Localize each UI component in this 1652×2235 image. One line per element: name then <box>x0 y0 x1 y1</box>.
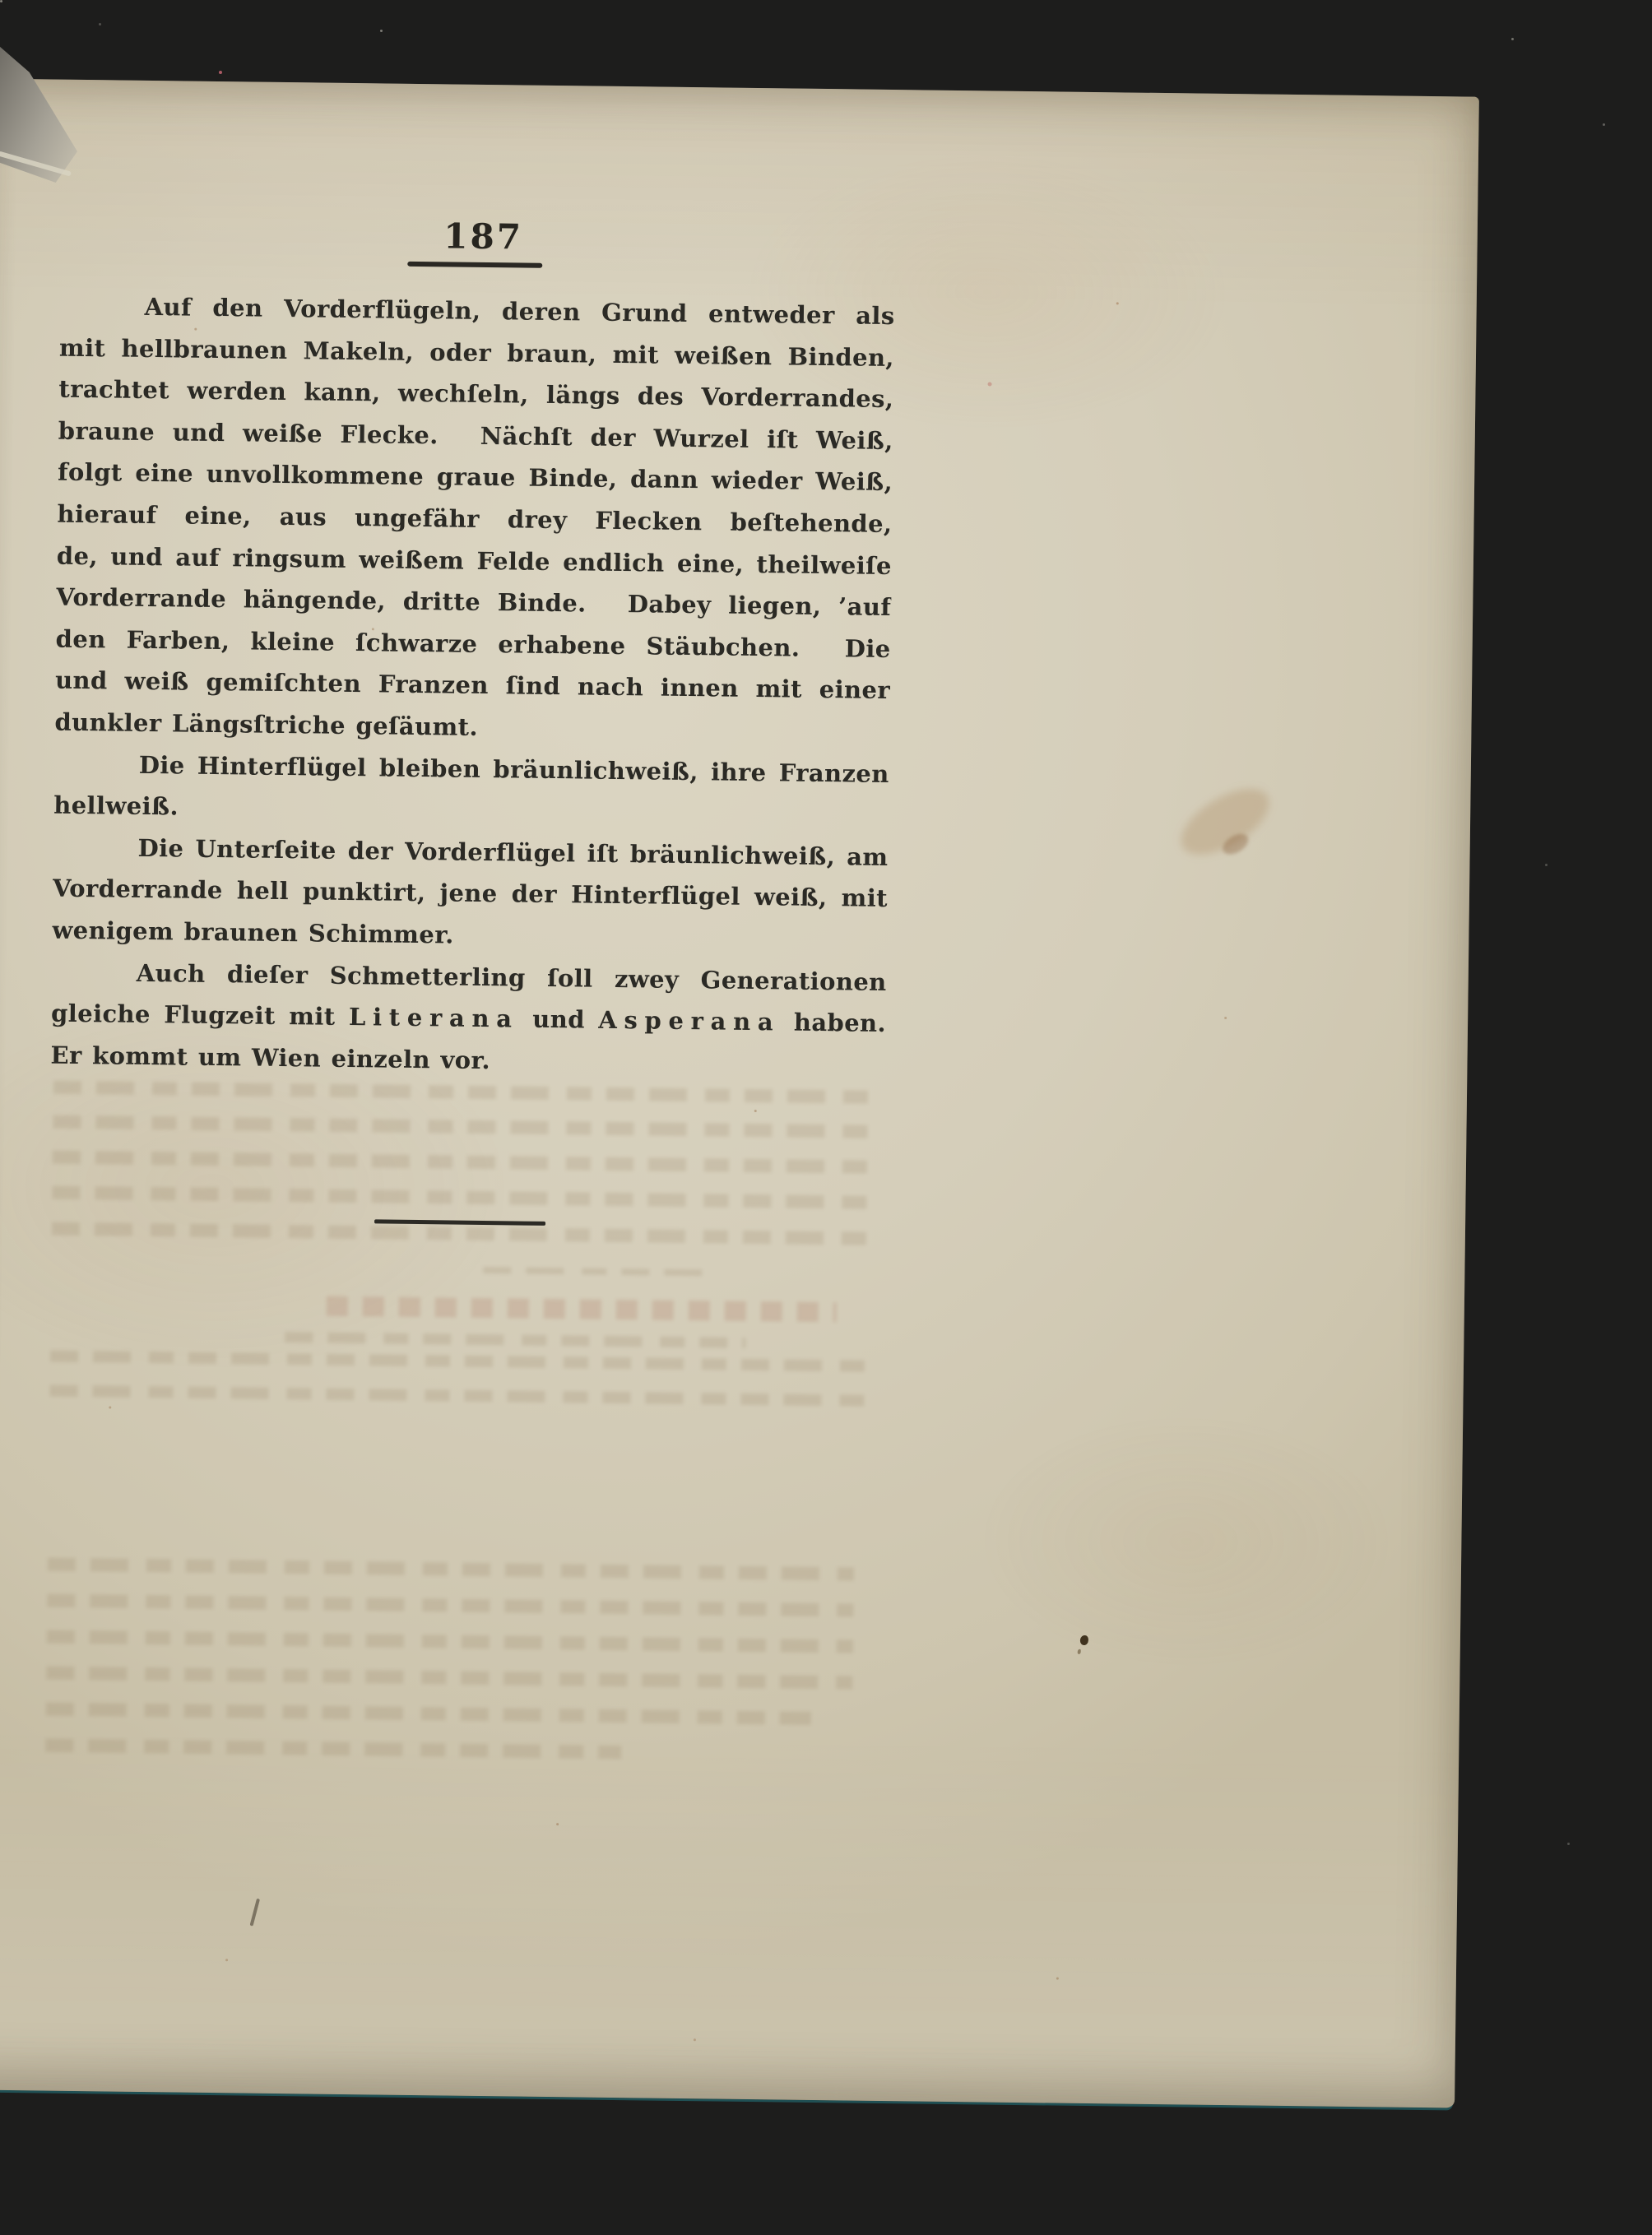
page-number: 187 <box>425 216 541 257</box>
show-through-line <box>285 1332 745 1348</box>
scanner-dust <box>0 0 2 2</box>
page-number-rule <box>407 262 542 268</box>
show-through-line <box>47 1630 853 1653</box>
show-through-line <box>46 1703 811 1725</box>
scanner-dust-pink <box>219 71 222 74</box>
species-name-literana: Literana <box>349 1003 519 1033</box>
show-through-line <box>45 1739 621 1760</box>
show-through-line <box>53 1115 867 1138</box>
text-span: gleiche Flugzeit mit <box>51 999 349 1031</box>
body-text: Auf den Vorderflügeln, deren Grund entwe… <box>50 285 895 1087</box>
paragraph-3: Die Unterſeite der Vorderflügel iſt bräu… <box>52 826 889 961</box>
paragraph-4: Auch dieſer Schmetterling ſoll zwey Gene… <box>50 951 887 1086</box>
page-scan: 187 Auf den Vorderflügeln, deren Grund e… <box>0 78 1479 2108</box>
section-divider-rule <box>374 1219 545 1226</box>
show-through-line <box>53 1151 867 1174</box>
show-through-line <box>52 1186 866 1209</box>
scanned-book-page: { "page": { "number": "187", "paragraphs… <box>0 0 1652 2235</box>
show-through-line <box>47 1594 853 1617</box>
pen-mark <box>250 1899 260 1927</box>
show-through-rule <box>483 1267 717 1276</box>
paragraph-2: Die Hinterflügel bleiben bräunlichweiß, … <box>53 743 889 837</box>
species-name-asperana: Asperana <box>598 1006 781 1036</box>
show-through-line <box>48 1558 854 1581</box>
show-through-line <box>49 1385 864 1407</box>
show-through-line <box>50 1351 865 1372</box>
paragraph-1: Auf den Vorderflügeln, deren Grund entwe… <box>54 285 895 754</box>
text-span: und <box>519 1005 599 1034</box>
show-through-line <box>52 1222 866 1245</box>
text-span: haben. <box>780 1009 886 1038</box>
show-through-heading <box>327 1296 837 1323</box>
show-through-line <box>46 1667 852 1690</box>
ink-blot <box>1080 1635 1088 1645</box>
foxing-stain <box>1171 776 1280 868</box>
